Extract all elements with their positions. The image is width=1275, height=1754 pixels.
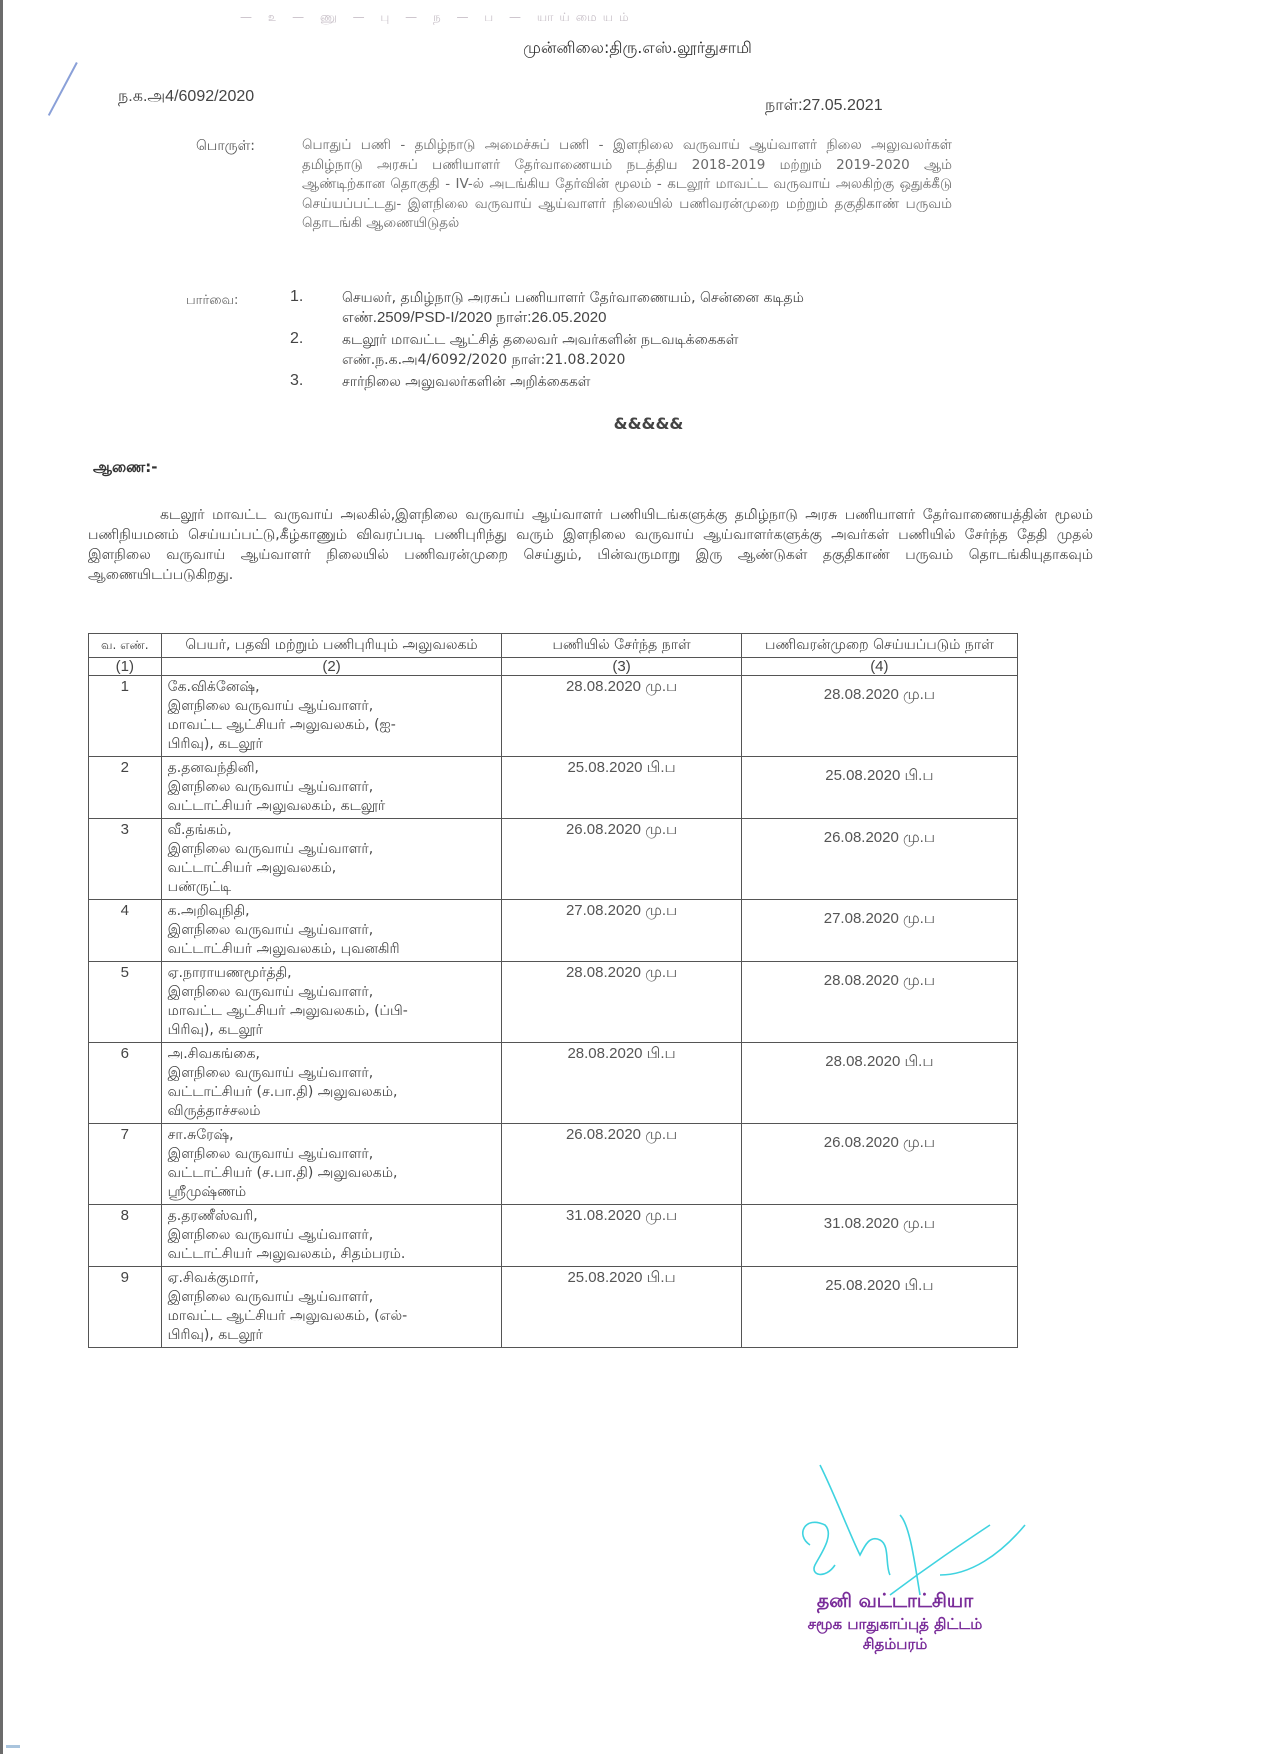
designation-office-line: மாவட்ட ஆட்சியர் அலுவலகம், (எல்- — [168, 1307, 496, 1326]
joined-date: 25.08.2020 பி.ப — [502, 757, 741, 819]
designation-office-line: பண்ருட்டி — [168, 878, 496, 897]
table-body: 1கே.விக்னேஷ்,இளநிலை வருவாய் ஆய்வாளர்,மாவ… — [89, 676, 1018, 1348]
serial-number: 8 — [89, 1205, 162, 1267]
employee-name: வீ.தங்கம், — [168, 821, 496, 840]
name-office-cell: வீ.தங்கம்,இளநிலை வருவாய் ஆய்வாளர்,வட்டாட… — [161, 819, 502, 900]
employee-name: க.அறிவுநிதி, — [168, 902, 496, 921]
name-office-cell: க.அறிவுநிதி,இளநிலை வருவாய் ஆய்வாளர்,வட்ட… — [161, 900, 502, 962]
table-row: 1கே.விக்னேஷ்,இளநிலை வருவாய் ஆய்வாளர்,மாவ… — [89, 676, 1018, 757]
order-label: ஆணை:- — [93, 458, 157, 478]
table-row: 7சா.சுரேஷ்,இளநிலை வருவாய் ஆய்வாளர்,வட்டா… — [89, 1124, 1018, 1205]
employee-name: த.தனவந்தினி, — [168, 759, 496, 778]
faded-header-text: — ௨ — ணு — பு — ந — ப — யாய்மையம் — [240, 10, 1020, 26]
column-index: (2) — [161, 658, 502, 676]
joined-date: 28.08.2020 பி.ப — [502, 1043, 741, 1124]
name-office-cell: ஏ.சிவக்குமார்,இளநிலை வருவாய் ஆய்வாளர்,மா… — [161, 1267, 502, 1348]
employee-name: சா.சுரேஷ், — [168, 1126, 496, 1145]
regularisation-table: வ. எண். பெயர், பதவி மற்றும் பணிபுரியும் … — [88, 633, 1018, 1348]
name-office-cell: கே.விக்னேஷ்,இளநிலை வருவாய் ஆய்வாளர்,மாவட… — [161, 676, 502, 757]
reference-number: 1. — [290, 288, 342, 328]
separator: &&&&& — [0, 414, 1275, 433]
joined-date: 26.08.2020 மு.ப — [502, 1124, 741, 1205]
regularised-date: 25.08.2020 பி.ப — [741, 1267, 1017, 1348]
header-regularised-date: பணிவரன்முறை செய்யப்படும் நாள் — [741, 634, 1017, 658]
column-index: (4) — [741, 658, 1017, 676]
employee-name: த.தரணீஸ்வரி, — [168, 1207, 496, 1226]
order-paragraph: கடலூர் மாவட்ட வருவாய் அலகில்,இளநிலை வருவ… — [88, 505, 1093, 585]
designation-office-line: வட்டாட்சியர் அலுவலகம், புவனகிரி — [168, 940, 496, 959]
header-serial: வ. எண். — [89, 634, 162, 658]
table-row: 8த.தரணீஸ்வரி,இளநிலை வருவாய் ஆய்வாளர்,வட்… — [89, 1205, 1018, 1267]
joined-date: 27.08.2020 மு.ப — [502, 900, 741, 962]
reference-line: சார்நிலை அலுவலர்களின் அறிக்கைகள் — [342, 372, 590, 392]
designation-office-line: வட்டாட்சியர் அலுவலகம், சிதம்பரம். — [168, 1245, 496, 1264]
name-office-cell: த.தரணீஸ்வரி,இளநிலை வருவாய் ஆய்வாளர்,வட்ட… — [161, 1205, 502, 1267]
seal-location: சிதம்பரம் — [745, 1635, 1045, 1655]
designation-office-line: இளநிலை வருவாய் ஆய்வாளர், — [168, 921, 496, 940]
column-index: (3) — [502, 658, 741, 676]
joined-date: 28.08.2020 மு.ப — [502, 676, 741, 757]
reference-line: எண்.ந.க.அ4/6092/2020 நாள்:21.08.2020 — [342, 350, 738, 370]
reference-number: ந.க.அ4/6092/2020 — [118, 87, 254, 107]
regularised-date: 28.08.2020 மு.ப — [741, 962, 1017, 1043]
designation-office-line: ஸ்ரீமுஷ்ணம் — [168, 1183, 496, 1202]
document-page: — ௨ — ணு — பு — ந — ப — யாய்மையம் முன்னி… — [0, 0, 1275, 1754]
designation-office-line: வட்டாட்சியர் (ச.பா.தி) அலுவலகம், — [168, 1083, 496, 1102]
designation-office-line: வட்டாட்சியர் அலுவலகம், — [168, 859, 496, 878]
serial-number: 1 — [89, 676, 162, 757]
regularised-date: 28.08.2020 மு.ப — [741, 676, 1017, 757]
employee-name: அ.சிவகங்கை, — [168, 1045, 496, 1064]
designation-office-line: இளநிலை வருவாய் ஆய்வாளர், — [168, 1064, 496, 1083]
designation-office-line: இளநிலை வருவாய் ஆய்வாளர், — [168, 778, 496, 797]
column-index: (1) — [89, 658, 162, 676]
presence-line: முன்னிலை:திரு.எஸ்.லூர்துசாமி — [0, 38, 1275, 59]
seal-title: தனி வட்டாட்சியா — [745, 1590, 1045, 1615]
table-row: 9ஏ.சிவக்குமார்,இளநிலை வருவாய் ஆய்வாளர்,ம… — [89, 1267, 1018, 1348]
header-name-office: பெயர், பதவி மற்றும் பணிபுரியும் அலுவலகம் — [161, 634, 502, 658]
serial-number: 6 — [89, 1043, 162, 1124]
regularised-date: 26.08.2020 மு.ப — [741, 819, 1017, 900]
reference-item: 1. செயலர், தமிழ்நாடு அரசுப் பணியாளர் தேர… — [290, 288, 990, 328]
subject-label: பொருள்: — [196, 138, 255, 156]
header-joined-date: பணியில் சேர்ந்த நாள் — [502, 634, 741, 658]
joined-date: 26.08.2020 மு.ப — [502, 819, 741, 900]
designation-office-line: பிரிவு), கடலூர் — [168, 1021, 496, 1040]
table-row: 6அ.சிவகங்கை,இளநிலை வருவாய் ஆய்வாளர்,வட்ட… — [89, 1043, 1018, 1124]
signature — [790, 1455, 1030, 1605]
name-office-cell: த.தனவந்தினி,இளநிலை வருவாய் ஆய்வாளர்,வட்ட… — [161, 757, 502, 819]
serial-number: 2 — [89, 757, 162, 819]
designation-office-line: பிரிவு), கடலூர் — [168, 735, 496, 754]
employee-name: கே.விக்னேஷ், — [168, 678, 496, 697]
reference-item: 2. கடலூர் மாவட்ட ஆட்சித் தலைவர் அவர்களின… — [290, 330, 990, 370]
reference-number: 3. — [290, 372, 342, 392]
references-label: பார்வை: — [186, 293, 238, 309]
pen-mark — [48, 62, 78, 116]
serial-number: 5 — [89, 962, 162, 1043]
scan-edge — [0, 0, 3, 1754]
subject-text: பொதுப் பணி - தமிழ்நாடு அமைச்சுப் பணி - இ… — [302, 136, 952, 234]
serial-number: 3 — [89, 819, 162, 900]
designation-office-line: இளநிலை வருவாய் ஆய்வாளர், — [168, 1288, 496, 1307]
column-index-row: (1) (2) (3) (4) — [89, 658, 1018, 676]
table-row: 3வீ.தங்கம்,இளநிலை வருவாய் ஆய்வாளர்,வட்டா… — [89, 819, 1018, 900]
designation-office-line: இளநிலை வருவாய் ஆய்வாளர், — [168, 983, 496, 1002]
table-row: 4க.அறிவுநிதி,இளநிலை வருவாய் ஆய்வாளர்,வட்… — [89, 900, 1018, 962]
reference-number: 2. — [290, 330, 342, 370]
designation-office-line: வட்டாட்சியர் (ச.பா.தி) அலுவலகம், — [168, 1164, 496, 1183]
regularised-date: 25.08.2020 பி.ப — [741, 757, 1017, 819]
designation-office-line: மாவட்ட ஆட்சியர் அலுவலகம், (ஐ- — [168, 716, 496, 735]
designation-office-line: இளநிலை வருவாய் ஆய்வாளர், — [168, 697, 496, 716]
regularised-date: 26.08.2020 மு.ப — [741, 1124, 1017, 1205]
reference-line: கடலூர் மாவட்ட ஆட்சித் தலைவர் அவர்களின் ந… — [342, 330, 738, 350]
joined-date: 31.08.2020 மு.ப — [502, 1205, 741, 1267]
name-office-cell: ஏ.நாராயணமூர்த்தி,இளநிலை வருவாய் ஆய்வாளர்… — [161, 962, 502, 1043]
table-header-row: வ. எண். பெயர், பதவி மற்றும் பணிபுரியும் … — [89, 634, 1018, 658]
serial-number: 7 — [89, 1124, 162, 1205]
designation-office-line: விருத்தாச்சலம் — [168, 1102, 496, 1121]
joined-date: 28.08.2020 மு.ப — [502, 962, 741, 1043]
seal-department: சமூக பாதுகாப்புத் திட்டம் — [745, 1615, 1045, 1635]
reference-line: எண்.2509/PSD-I/2020 நாள்:26.05.2020 — [342, 308, 804, 328]
joined-date: 25.08.2020 பி.ப — [502, 1267, 741, 1348]
table-row: 2த.தனவந்தினி,இளநிலை வருவாய் ஆய்வாளர்,வட்… — [89, 757, 1018, 819]
references-list: 1. செயலர், தமிழ்நாடு அரசுப் பணியாளர் தேர… — [290, 288, 990, 394]
designation-office-line: பிரிவு), கடலூர் — [168, 1326, 496, 1345]
reference-item: 3. சார்நிலை அலுவலர்களின் அறிக்கைகள் — [290, 372, 990, 392]
serial-number: 4 — [89, 900, 162, 962]
order-date: நாள்:27.05.2021 — [765, 96, 883, 116]
official-seal: தனி வட்டாட்சியா சமூக பாதுகாப்புத் திட்டம… — [745, 1590, 1045, 1655]
designation-office-line: இளநிலை வருவாய் ஆய்வாளர், — [168, 1226, 496, 1245]
employee-name: ஏ.சிவக்குமார், — [168, 1269, 496, 1288]
table-row: 5ஏ.நாராயணமூர்த்தி,இளநிலை வருவாய் ஆய்வாளர… — [89, 962, 1018, 1043]
employee-name: ஏ.நாராயணமூர்த்தி, — [168, 964, 496, 983]
name-office-cell: சா.சுரேஷ்,இளநிலை வருவாய் ஆய்வாளர்,வட்டாட… — [161, 1124, 502, 1205]
regularised-date: 31.08.2020 மு.ப — [741, 1205, 1017, 1267]
designation-office-line: வட்டாட்சியர் அலுவலகம், கடலூர் — [168, 797, 496, 816]
designation-office-line: மாவட்ட ஆட்சியர் அலுவலகம், (ப்பி- — [168, 1002, 496, 1021]
reference-line: செயலர், தமிழ்நாடு அரசுப் பணியாளர் தேர்வா… — [342, 288, 804, 308]
designation-office-line: இளநிலை வருவாய் ஆய்வாளர், — [168, 1145, 496, 1164]
name-office-cell: அ.சிவகங்கை,இளநிலை வருவாய் ஆய்வாளர்,வட்டா… — [161, 1043, 502, 1124]
regularised-date: 27.08.2020 மு.ப — [741, 900, 1017, 962]
serial-number: 9 — [89, 1267, 162, 1348]
designation-office-line: இளநிலை வருவாய் ஆய்வாளர், — [168, 840, 496, 859]
regularised-date: 28.08.2020 பி.ப — [741, 1043, 1017, 1124]
scan-smudge — [6, 1745, 20, 1748]
